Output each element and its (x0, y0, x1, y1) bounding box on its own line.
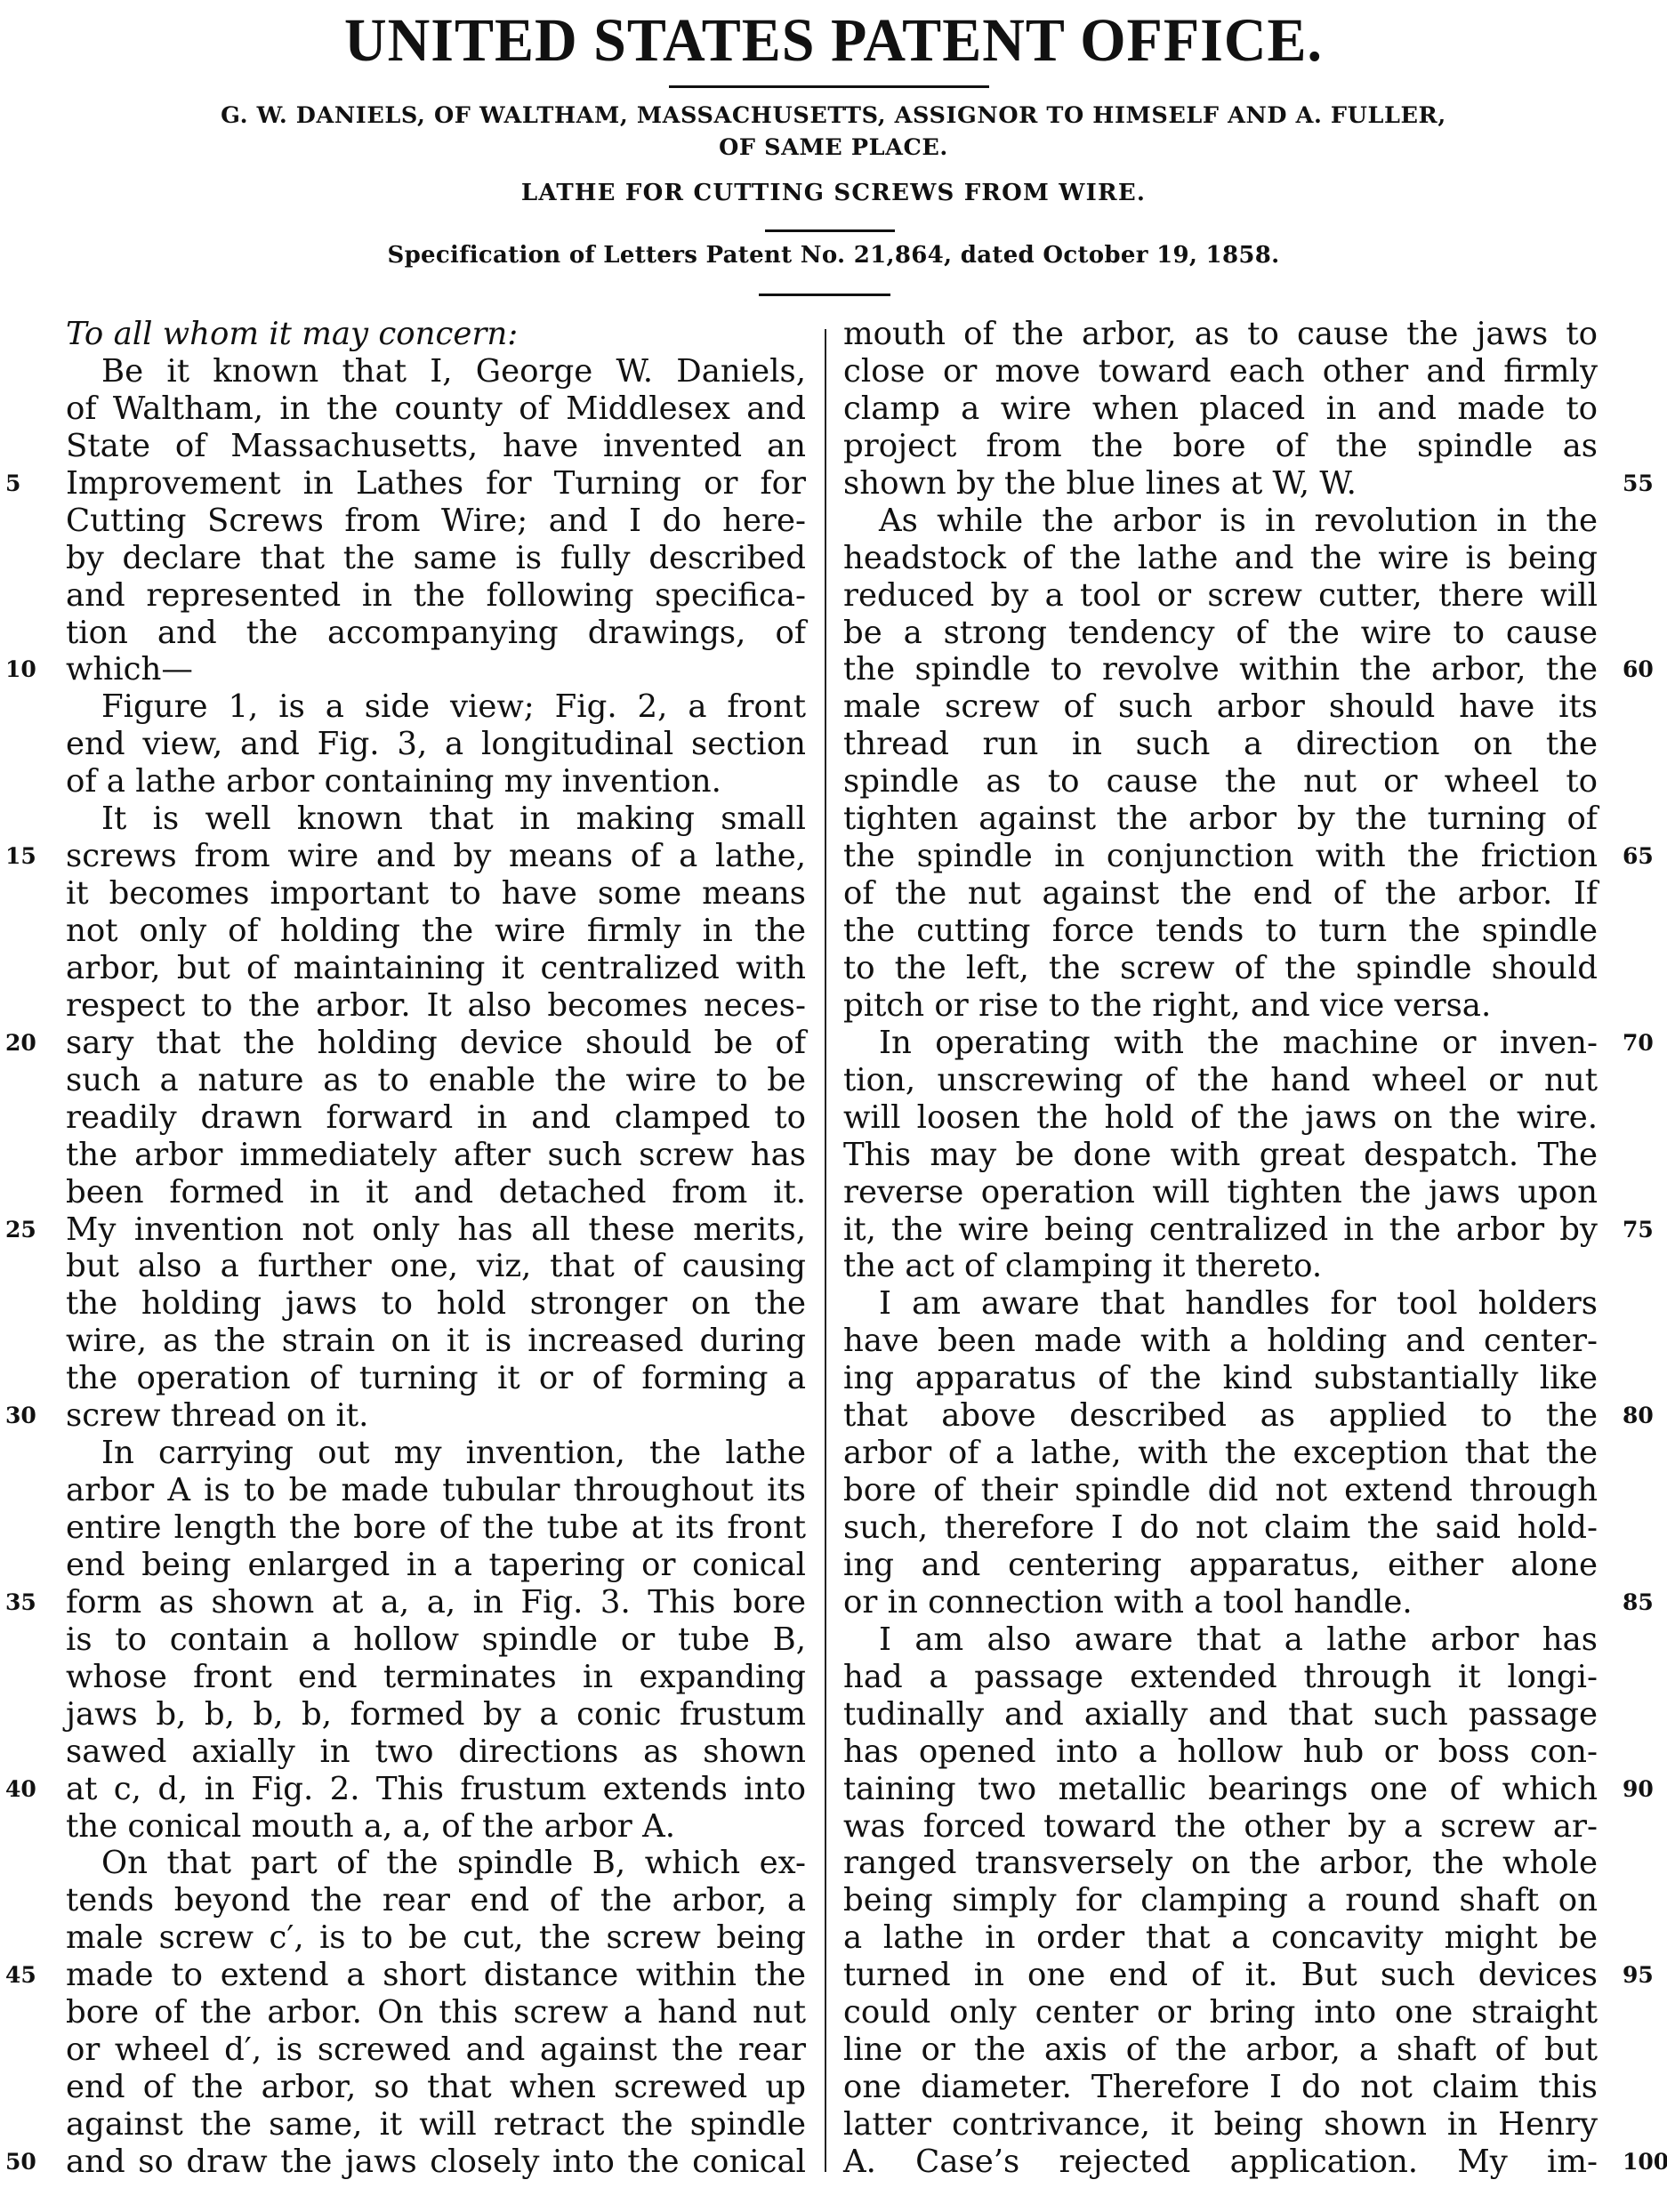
invention-title: LATHE FOR CUTTING SCREWS FROM WIRE. (0, 180, 1667, 206)
text-line: I am also aware that a lathe arbor has (843, 1621, 1598, 1659)
text-line: ing and centering apparatus, either alon… (843, 1547, 1598, 1584)
line-text: against the same, it will retract the sp… (66, 2106, 806, 2144)
line-text: or wheel d′, is screwed and against the … (66, 2031, 806, 2069)
line-text: project from the bore of the spindle as (843, 428, 1598, 465)
text-line: In operating with the machine or inven-7… (843, 1025, 1598, 1062)
line-number: 70 (1623, 1025, 1667, 1062)
text-line: arbor A is to be made tubular throughout… (66, 1472, 806, 1509)
text-line: A. Case’s rejected application. My im-10… (843, 2144, 1598, 2181)
line-text: been formed in it and detached from it. (66, 1174, 806, 1211)
text-line: of a lathe arbor containing my invention… (66, 763, 806, 800)
line-text: taining two metallic bearings one of whi… (843, 1771, 1598, 1808)
line-text: mouth of the arbor, as to cause the jaws… (843, 316, 1598, 353)
line-number: 40 (5, 1771, 52, 1808)
line-text: it, the wire being centralized in the ar… (843, 1211, 1598, 1249)
line-number: 65 (1623, 838, 1667, 875)
text-line: or in connection with a tool handle.85 (843, 1584, 1598, 1621)
line-number: 100 (1623, 2144, 1667, 2181)
line-number: 5 (5, 465, 52, 503)
text-line: turned in one end of it. But such device… (843, 1957, 1598, 1994)
text-line: it, the wire being centralized in the ar… (843, 1211, 1598, 1249)
line-number: 10 (5, 651, 52, 688)
text-line: pitch or rise to the right, and vice ver… (843, 987, 1598, 1025)
line-text: turned in one end of it. But such device… (843, 1957, 1598, 1994)
text-line: or wheel d′, is screwed and against the … (66, 2031, 806, 2069)
specification-line: Specification of Letters Patent No. 21,8… (0, 242, 1667, 269)
text-line: In carrying out my invention, the lathe (66, 1435, 806, 1472)
text-line: To all whom it may concern: (66, 316, 806, 353)
line-text: A. Case’s rejected application. My im- (843, 2144, 1598, 2181)
line-text: tudinally and axially and that such pass… (843, 1696, 1598, 1733)
text-line: male screw of such arbor should have its (843, 688, 1598, 726)
text-line: whose front end terminates in expanding (66, 1659, 806, 1696)
text-line: My invention not only has all these meri… (66, 1211, 806, 1249)
line-text: line or the axis of the arbor, a shaft o… (843, 2031, 1598, 2069)
text-line: reduced by a tool or screw cutter, there… (843, 577, 1598, 615)
line-text: arbor, but of maintaining it centralized… (66, 950, 806, 987)
text-line: arbor, but of maintaining it centralized… (66, 950, 806, 987)
text-line: bore of the arbor. On this screw a hand … (66, 1994, 806, 2031)
line-number: 95 (1623, 1957, 1667, 1994)
line-text: headstock of the lathe and the wire is b… (843, 540, 1598, 577)
line-text: but also a further one, viz, that of cau… (66, 1248, 806, 1285)
text-line: the act of clamping it thereto. (843, 1248, 1598, 1285)
line-text: Be it known that I, George W. Daniels, (101, 353, 806, 390)
line-text: of the nut against the end of the arbor.… (843, 875, 1598, 913)
line-text: As while the arbor is in revolution in t… (879, 503, 1598, 540)
line-text: and so draw the jaws closely into the co… (66, 2144, 806, 2181)
text-line: ing apparatus of the kind substantially … (843, 1360, 1598, 1397)
text-line: one diameter. Therefore I do not claim t… (843, 2069, 1598, 2106)
line-text: the act of clamping it thereto. (843, 1248, 1322, 1285)
line-text: the operation of turning it or of formin… (66, 1360, 806, 1397)
text-line: thread run in such a direction on the (843, 726, 1598, 763)
text-line: close or move toward each other and firm… (843, 353, 1598, 390)
text-line: has opened into a hollow hub or boss con… (843, 1733, 1598, 1771)
text-line: such, therefore I do not claim the said … (843, 1509, 1598, 1547)
line-text: a lathe in order that a concavity might … (843, 1919, 1598, 1957)
column-divider (825, 329, 826, 2172)
line-number: 25 (5, 1211, 52, 1249)
text-line: line or the axis of the arbor, a shaft o… (843, 2031, 1598, 2069)
text-line: and so draw the jaws closely into the co… (66, 2144, 806, 2181)
left-text-column: To all whom it may concern:Be it known t… (66, 316, 806, 2181)
text-line: could only center or bring into one stra… (843, 1994, 1598, 2031)
text-line: screws from wire and by means of a lathe… (66, 838, 806, 875)
line-text: was forced toward the other by a screw a… (843, 1808, 1598, 1846)
line-text: made to extend a short distance within t… (66, 1957, 806, 1994)
line-text: reverse operation will tighten the jaws … (843, 1174, 1598, 1211)
line-text: of Waltham, in the county of Middlesex a… (66, 390, 806, 428)
text-line: latter contrivance, it being shown in He… (843, 2106, 1598, 2144)
inventor-line-2: OF SAME PLACE. (0, 132, 1667, 164)
line-text: I am aware that handles for tool holders (879, 1285, 1598, 1323)
line-text: This may be done with great despatch. Th… (843, 1137, 1598, 1174)
text-line: end view, and Fig. 3, a longitudinal sec… (66, 726, 806, 763)
line-text: to the left, the screw of the spindle sh… (843, 950, 1598, 987)
line-text: one diameter. Therefore I do not claim t… (843, 2069, 1598, 2106)
line-text: not only of holding the wire firmly in t… (66, 913, 806, 950)
line-text: have been made with a holding and center… (843, 1323, 1598, 1360)
line-text: latter contrivance, it being shown in He… (843, 2106, 1598, 2144)
line-text: male screw of such arbor should have its (843, 688, 1598, 726)
line-text: is to contain a hollow spindle or tube B… (66, 1621, 806, 1659)
line-text: sawed axially in two directions as shown (66, 1733, 806, 1771)
title-rule (765, 229, 895, 232)
line-text: clamp a wire when placed in and made to (843, 390, 1598, 428)
line-text: end of the arbor, so that when screwed u… (66, 2069, 806, 2106)
line-number: 85 (1623, 1584, 1667, 1621)
line-number: 60 (1623, 651, 1667, 688)
patent-office-heading: UNITED STATES PATENT OFFICE. (0, 5, 1667, 76)
line-text: whose front end terminates in expanding (66, 1659, 806, 1696)
line-text: the conical mouth a, a, of the arbor A. (66, 1808, 675, 1846)
text-line: ranged transversely on the arbor, the wh… (843, 1845, 1598, 1882)
line-text: the spindle in conjunction with the fric… (843, 838, 1598, 875)
line-text: State of Massachusetts, have invented an (66, 428, 806, 465)
line-text: of a lathe arbor containing my invention… (66, 763, 721, 800)
text-line: by declare that the same is fully descri… (66, 540, 806, 577)
text-line: will loosen the hold of the jaws on the … (843, 1099, 1598, 1137)
line-text: it becomes important to have some means (66, 875, 806, 913)
text-line: tion and the accompanying drawings, of (66, 615, 806, 652)
line-text: sary that the holding device should be o… (66, 1025, 806, 1062)
line-text: arbor of a lathe, with the exception tha… (843, 1435, 1598, 1472)
line-text: tends beyond the rear end of the arbor, … (66, 1882, 806, 1919)
line-number: 80 (1623, 1397, 1667, 1435)
text-line: have been made with a holding and center… (843, 1323, 1598, 1360)
line-number: 20 (5, 1025, 52, 1062)
line-text: shown by the blue lines at W, W. (843, 465, 1357, 503)
text-line: taining two metallic bearings one of whi… (843, 1771, 1598, 1808)
text-line: been formed in it and detached from it. (66, 1174, 806, 1211)
text-line: headstock of the lathe and the wire is b… (843, 540, 1598, 577)
line-text: My invention not only has all these meri… (66, 1211, 806, 1249)
line-text: be a strong tendency of the wire to caus… (843, 615, 1598, 652)
text-line: arbor of a lathe, with the exception tha… (843, 1435, 1598, 1472)
line-text: On that part of the spindle B, which ex- (101, 1845, 806, 1882)
line-text: To all whom it may concern: (66, 316, 518, 353)
line-text: It is well known that in making small (101, 800, 806, 838)
text-line: I am aware that handles for tool holders (843, 1285, 1598, 1323)
text-line: that above described as applied to the80 (843, 1397, 1598, 1435)
text-line: tion, unscrewing of the hand wheel or nu… (843, 1062, 1598, 1099)
text-line: is to contain a hollow spindle or tube B… (66, 1621, 806, 1659)
text-line: mouth of the arbor, as to cause the jaws… (843, 316, 1598, 353)
text-line: It is well known that in making small (66, 800, 806, 838)
text-line: being simply for clamping a round shaft … (843, 1882, 1598, 1919)
line-text: tighten against the arbor by the turning… (843, 800, 1598, 838)
line-text: male screw c′, is to be cut, the screw b… (66, 1919, 806, 1957)
line-text: the arbor immediately after such screw h… (66, 1137, 806, 1174)
line-text: end being enlarged in a tapering or coni… (66, 1547, 806, 1584)
line-text: tion and the accompanying drawings, of (66, 615, 806, 652)
line-number: 50 (5, 2144, 52, 2181)
line-text: such a nature as to enable the wire to b… (66, 1062, 806, 1099)
text-line: Improvement in Lathes for Turning or for… (66, 465, 806, 503)
text-line: end being enlarged in a tapering or coni… (66, 1547, 806, 1584)
text-line: of the nut against the end of the arbor.… (843, 875, 1598, 913)
text-line: and represented in the following specifi… (66, 577, 806, 615)
text-line: tighten against the arbor by the turning… (843, 800, 1598, 838)
line-text: respect to the arbor. It also becomes ne… (66, 987, 806, 1025)
text-line: of Waltham, in the county of Middlesex a… (66, 390, 806, 428)
line-number: 90 (1623, 1771, 1667, 1808)
line-text: Cutting Screws from Wire; and I do here- (66, 503, 806, 540)
text-line: State of Massachusetts, have invented an (66, 428, 806, 465)
line-text: the spindle to revolve within the arbor,… (843, 651, 1598, 688)
line-text: jaws b, b, b, b, formed by a conic frust… (66, 1696, 806, 1733)
text-line: at c, d, in Fig. 2. This frustum extends… (66, 1771, 806, 1808)
text-line: tudinally and axially and that such pass… (843, 1696, 1598, 1733)
line-text: which— (66, 651, 193, 688)
line-text: had a passage extended through it longi- (843, 1659, 1598, 1696)
text-line: the spindle to revolve within the arbor,… (843, 651, 1598, 688)
text-line: the conical mouth a, a, of the arbor A. (66, 1808, 806, 1846)
text-line: to the left, the screw of the spindle sh… (843, 950, 1598, 987)
heading-rule (669, 85, 989, 88)
line-text: has opened into a hollow hub or boss con… (843, 1733, 1598, 1771)
text-line: Figure 1, is a side view; Fig. 2, a fron… (66, 688, 806, 726)
text-line: it becomes important to have some means (66, 875, 806, 913)
text-line: end of the arbor, so that when screwed u… (66, 2069, 806, 2106)
line-text: ing apparatus of the kind substantially … (843, 1360, 1598, 1397)
text-line: but also a further one, viz, that of cau… (66, 1248, 806, 1285)
line-text: In carrying out my invention, the lathe (101, 1435, 806, 1472)
line-text: spindle as to cause the nut or wheel to (843, 763, 1598, 800)
line-number: 35 (5, 1584, 52, 1621)
line-text: entire length the bore of the tube at it… (66, 1509, 806, 1547)
line-text: readily drawn forward in and clamped to (66, 1099, 806, 1137)
text-line: On that part of the spindle B, which ex- (66, 1845, 806, 1882)
right-text-column: mouth of the arbor, as to cause the jaws… (843, 316, 1598, 2181)
line-text: arbor A is to be made tubular throughout… (66, 1472, 806, 1509)
line-text: I am also aware that a lathe arbor has (879, 1621, 1598, 1659)
text-line: a lathe in order that a concavity might … (843, 1919, 1598, 1957)
text-line: the operation of turning it or of formin… (66, 1360, 806, 1397)
text-line: not only of holding the wire firmly in t… (66, 913, 806, 950)
line-text: that above described as applied to the (843, 1397, 1598, 1435)
line-number: 75 (1623, 1211, 1667, 1249)
text-line: the arbor immediately after such screw h… (66, 1137, 806, 1174)
text-line: project from the bore of the spindle as (843, 428, 1598, 465)
text-line: jaws b, b, b, b, formed by a conic frust… (66, 1696, 806, 1733)
text-line: Cutting Screws from Wire; and I do here- (66, 503, 806, 540)
text-line: against the same, it will retract the sp… (66, 2106, 806, 2144)
line-text: at c, d, in Fig. 2. This frustum extends… (66, 1771, 806, 1808)
text-line: entire length the bore of the tube at it… (66, 1509, 806, 1547)
line-number: 45 (5, 1957, 52, 1994)
line-number: 55 (1623, 465, 1667, 503)
line-text: such, therefore I do not claim the said … (843, 1509, 1598, 1547)
line-text: or in connection with a tool handle. (843, 1584, 1413, 1621)
line-text: form as shown at a, a, in Fig. 3. This b… (66, 1584, 806, 1621)
line-text: pitch or rise to the right, and vice ver… (843, 987, 1491, 1025)
text-line: bore of their spindle did not extend thr… (843, 1472, 1598, 1509)
line-text: ranged transversely on the arbor, the wh… (843, 1845, 1598, 1882)
text-line: made to extend a short distance within t… (66, 1957, 806, 1994)
text-line: was forced toward the other by a screw a… (843, 1808, 1598, 1846)
text-line: reverse operation will tighten the jaws … (843, 1174, 1598, 1211)
text-line: Be it known that I, George W. Daniels, (66, 353, 806, 390)
line-text: and represented in the following specifi… (66, 577, 806, 615)
text-line: such a nature as to enable the wire to b… (66, 1062, 806, 1099)
text-line: This may be done with great despatch. Th… (843, 1137, 1598, 1174)
line-text: could only center or bring into one stra… (843, 1994, 1598, 2031)
text-line: sary that the holding device should be o… (66, 1025, 806, 1062)
line-text: screws from wire and by means of a lathe… (66, 838, 806, 875)
line-text: thread run in such a direction on the (843, 726, 1598, 763)
text-line: wire, as the strain on it is increased d… (66, 1323, 806, 1360)
line-number: 30 (5, 1397, 52, 1435)
line-text: screw thread on it. (66, 1397, 368, 1435)
line-text: bore of their spindle did not extend thr… (843, 1472, 1598, 1509)
text-line: readily drawn forward in and clamped to (66, 1099, 806, 1137)
line-text: tion, unscrewing of the hand wheel or nu… (843, 1062, 1598, 1099)
text-line: spindle as to cause the nut or wheel to (843, 763, 1598, 800)
text-line: which—10 (66, 651, 806, 688)
inventor-line-1: G. W. DANIELS, OF WALTHAM, MASSACHUSETTS… (0, 100, 1667, 132)
text-line: tends beyond the rear end of the arbor, … (66, 1882, 806, 1919)
line-text: ing and centering apparatus, either alon… (843, 1547, 1598, 1584)
text-line: the cutting force tends to turn the spin… (843, 913, 1598, 950)
text-line: As while the arbor is in revolution in t… (843, 503, 1598, 540)
line-text: Figure 1, is a side view; Fig. 2, a fron… (101, 688, 806, 726)
text-line: form as shown at a, a, in Fig. 3. This b… (66, 1584, 806, 1621)
line-text: reduced by a tool or screw cutter, there… (843, 577, 1598, 615)
line-text: end view, and Fig. 3, a longitudinal sec… (66, 726, 806, 763)
line-text: the cutting force tends to turn the spin… (843, 913, 1598, 950)
line-text: bore of the arbor. On this screw a hand … (66, 1994, 806, 2031)
line-text: wire, as the strain on it is increased d… (66, 1323, 806, 1360)
line-text: In operating with the machine or inven- (879, 1025, 1598, 1062)
text-line: male screw c′, is to be cut, the screw b… (66, 1919, 806, 1957)
text-line: sawed axially in two directions as shown (66, 1733, 806, 1771)
text-line: the holding jaws to hold stronger on the (66, 1285, 806, 1323)
text-line: had a passage extended through it longi- (843, 1659, 1598, 1696)
text-line: clamp a wire when placed in and made to (843, 390, 1598, 428)
line-text: close or move toward each other and firm… (843, 353, 1598, 390)
specification-rule (759, 294, 890, 296)
text-line: the spindle in conjunction with the fric… (843, 838, 1598, 875)
text-line: shown by the blue lines at W, W.55 (843, 465, 1598, 503)
line-text: by declare that the same is fully descri… (66, 540, 806, 577)
line-text: being simply for clamping a round shaft … (843, 1882, 1598, 1919)
text-line: screw thread on it.30 (66, 1397, 806, 1435)
text-line: be a strong tendency of the wire to caus… (843, 615, 1598, 652)
text-line: respect to the arbor. It also becomes ne… (66, 987, 806, 1025)
line-text: Improvement in Lathes for Turning or for (66, 465, 806, 503)
line-text: will loosen the hold of the jaws on the … (843, 1099, 1598, 1137)
line-text: the holding jaws to hold stronger on the (66, 1285, 806, 1323)
line-number: 15 (5, 838, 52, 875)
